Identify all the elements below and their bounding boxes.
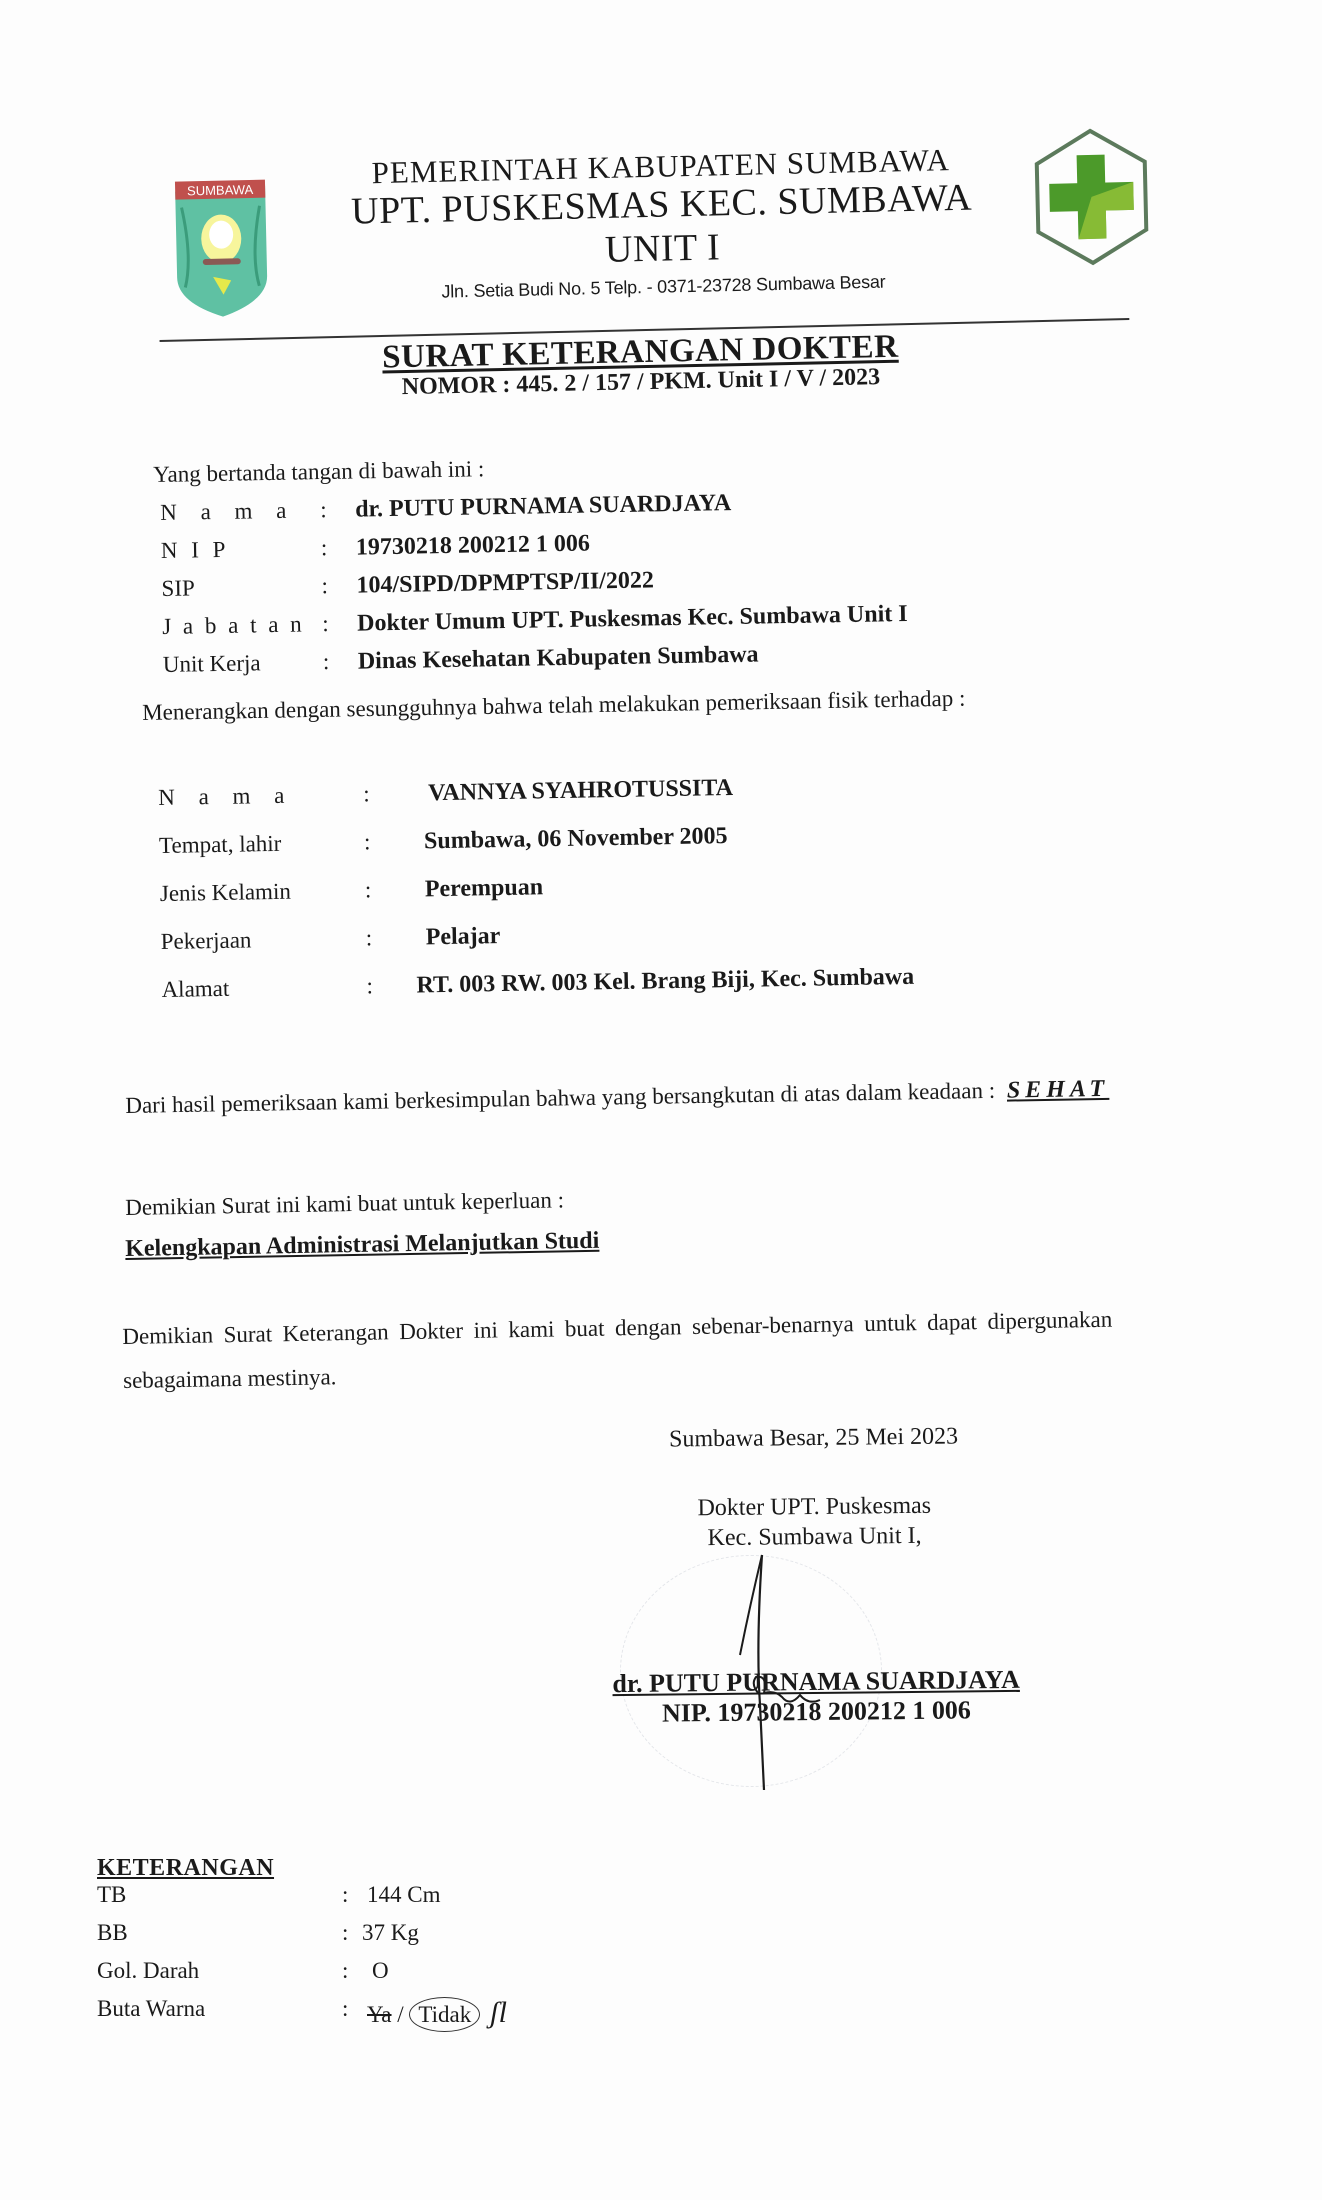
field-value: 19730218 200212 1 006 bbox=[356, 531, 590, 562]
field-value: Pelajar bbox=[425, 923, 500, 951]
field-label: SIP bbox=[161, 575, 195, 602]
note-value: O bbox=[372, 1958, 389, 1984]
note-row-height: TB : 144 Cm bbox=[97, 1882, 597, 1920]
field-label: Jenis Kelamin bbox=[160, 879, 291, 907]
additional-notes: KETERANGAN TB : 144 Cm BB : 37 Kg Gol. D… bbox=[97, 1855, 597, 2034]
note-row-weight: BB : 37 Kg bbox=[97, 1920, 597, 1958]
signatory-role-line1: Dokter UPT. Puskesmas bbox=[579, 1490, 1049, 1525]
place-date: Sumbawa Besar, 25 Mei 2023 bbox=[578, 1423, 1048, 1455]
note-value: 37 Kg bbox=[362, 1920, 419, 1946]
patient-details: N a m a : VANNYA SYAHROTUSSITA Tempat, l… bbox=[158, 769, 1062, 1025]
letterhead: SUMBAWA PEMERINTAH KABUPATEN SUMBAWA UPT… bbox=[160, 117, 1164, 340]
initial-paraf-icon: ʃl bbox=[490, 1996, 507, 2029]
field-label: N a m a bbox=[160, 498, 296, 526]
note-colon: : bbox=[342, 1958, 348, 1984]
field-label: J a b a t a n bbox=[162, 611, 305, 639]
signatory-intro: Yang bertanda tangan di bawah ini : bbox=[153, 456, 484, 488]
field-value: dr. PUTU PURNAMA SUARDJAYA bbox=[355, 490, 731, 524]
field-value: Perempuan bbox=[425, 874, 544, 903]
field-colon: : bbox=[323, 649, 330, 675]
note-colon: : bbox=[342, 1882, 348, 1908]
notes-title: KETERANGAN bbox=[97, 1855, 597, 1882]
handwritten-signature-icon bbox=[720, 1545, 860, 1795]
field-label: Unit Kerja bbox=[163, 650, 261, 678]
field-value: Dinas Kesehatan Kabupaten Sumbawa bbox=[358, 642, 759, 676]
conclusion-text: Dari hasil pemeriksaan kami berkesimpula… bbox=[125, 1078, 995, 1118]
document-title-block: SURAT KETERANGAN DOKTER NOMOR : 445. 2 /… bbox=[360, 328, 921, 402]
field-value: VANNYA SYAHROTUSSITA bbox=[428, 775, 733, 807]
field-label: Tempat, lahir bbox=[159, 831, 282, 859]
note-label: BB bbox=[97, 1920, 128, 1946]
note-colon: : bbox=[342, 1996, 348, 2022]
option-ya-struck: Ya bbox=[367, 2002, 392, 2027]
field-colon: : bbox=[365, 925, 372, 951]
field-label: Alamat bbox=[161, 976, 229, 1003]
option-separator: / bbox=[397, 2002, 403, 2027]
note-label: Gol. Darah bbox=[97, 1958, 199, 1984]
option-tidak-selected: Tidak bbox=[409, 1997, 480, 2032]
field-colon: : bbox=[363, 781, 370, 807]
field-colon: : bbox=[320, 497, 327, 523]
field-colon: : bbox=[364, 829, 371, 855]
institution-name: UPT. PUSKESMAS KEC. SUMBAWA UNIT I bbox=[301, 174, 1023, 278]
health-result: SEHAT bbox=[1007, 1076, 1110, 1104]
field-colon: : bbox=[321, 573, 328, 599]
field-label: N I P bbox=[161, 537, 230, 564]
svg-text:SUMBAWA: SUMBAWA bbox=[187, 182, 254, 199]
note-value: 144 Cm bbox=[367, 1882, 440, 1908]
sumbawa-regency-emblem-icon: SUMBAWA bbox=[171, 176, 272, 320]
letterhead-text: PEMERINTAH KABUPATEN SUMBAWA UPT. PUSKES… bbox=[300, 140, 1023, 305]
closing-statement: Demikian Surat Keterangan Dokter ini kam… bbox=[122, 1298, 1113, 1403]
note-label: TB bbox=[97, 1882, 126, 1908]
purpose-value: Kelengkapan Administrasi Melanjutkan Stu… bbox=[125, 1228, 600, 1263]
purpose-lead: Demikian Surat ini kami buat untuk keper… bbox=[125, 1187, 564, 1221]
note-value: Ya / Tidak ʃl bbox=[367, 1996, 507, 2030]
field-colon: : bbox=[365, 877, 372, 903]
field-value: 104/SIPD/DPMPTSP/II/2022 bbox=[356, 567, 654, 599]
field-label: N a m a bbox=[158, 783, 294, 811]
note-row-color-blind: Buta Warna : Ya / Tidak ʃl bbox=[97, 1996, 597, 2034]
field-colon: : bbox=[366, 973, 373, 999]
field-colon: : bbox=[321, 535, 328, 561]
note-colon: : bbox=[342, 1920, 348, 1946]
document-page: SUMBAWA PEMERINTAH KABUPATEN SUMBAWA UPT… bbox=[0, 0, 1322, 2200]
field-colon: : bbox=[322, 611, 329, 637]
note-label: Buta Warna bbox=[97, 1996, 205, 2022]
field-value: Sumbawa, 06 November 2005 bbox=[424, 823, 728, 855]
signatory-details: N a m a : dr. PUTU PURNAMA SUARDJAYA N I… bbox=[160, 484, 1063, 700]
puskesmas-cross-logo-icon bbox=[1030, 126, 1153, 269]
examination-conclusion: Dari hasil pemeriksaan kami berkesimpula… bbox=[125, 1068, 1111, 1127]
field-label: Pekerjaan bbox=[161, 927, 252, 955]
note-row-blood-type: Gol. Darah : O bbox=[97, 1958, 597, 1996]
